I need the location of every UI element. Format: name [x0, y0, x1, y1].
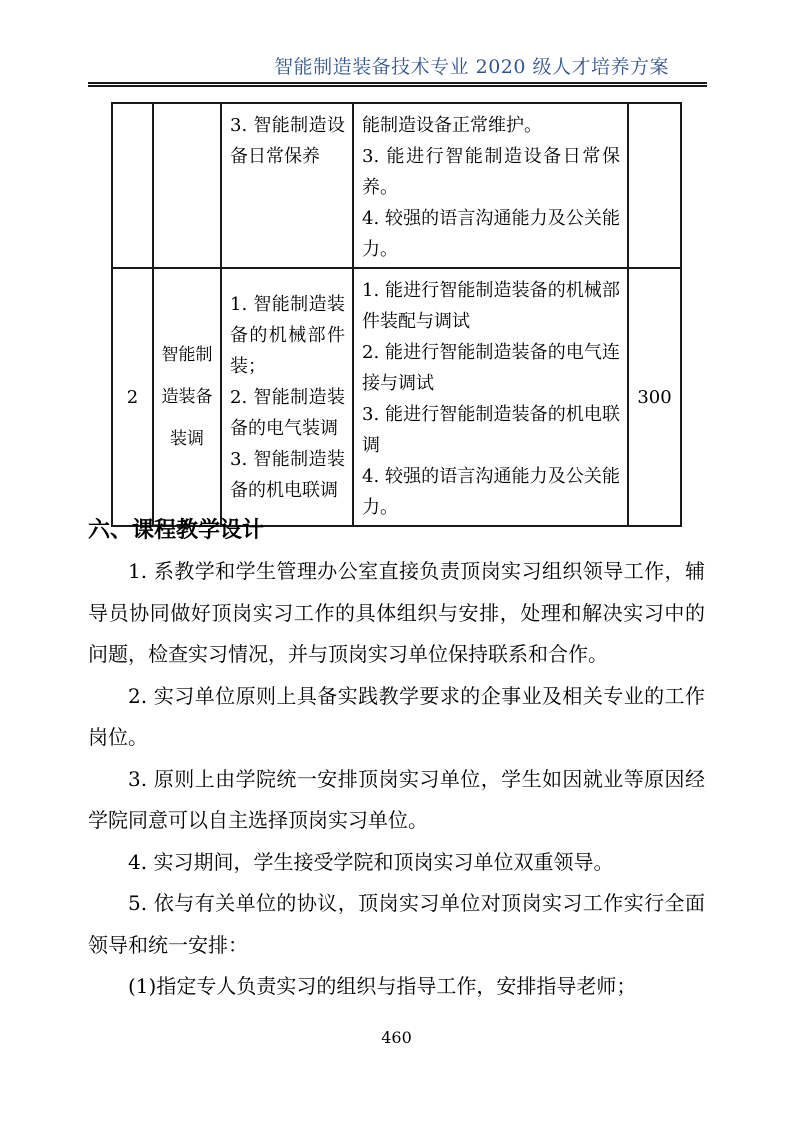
requirement-item: 1. 能进行智能制造装备的机械部件装配与调试 [362, 275, 620, 337]
section-body: 1. 系教学和学生管理办公室直接负责顶岗实习组织领导工作，辅导员协同做好顶岗实习… [88, 551, 705, 1008]
hours-cell: 300 [628, 268, 681, 526]
task-item: 3. 智能制造设备日常保养 [230, 110, 345, 172]
page-footer: 460 [0, 1028, 793, 1047]
course-name-cell [153, 103, 221, 268]
table-row: 3. 智能制造设备日常保养 能制造设备正常维护。 3. 能进行智能制造设备日常保… [112, 103, 681, 268]
table-row: 2 智能制造装备装调 1. 智能制造装备的机械部件装； 2. 智能制造装备的电气… [112, 268, 681, 526]
requirement-item: 能制造设备正常维护。 [362, 110, 620, 141]
task-item: 1. 智能制造装备的机械部件装； [230, 289, 345, 382]
section-heading: 六、课程教学设计 [88, 516, 264, 546]
task-item: 2. 智能制造装备的电气装调 [230, 382, 345, 444]
paragraph: 5. 依与有关单位的协议，顶岗实习单位对顶岗实习工作实行全面领导和统一安排： [88, 883, 705, 966]
course-name-cell: 智能制造装备装调 [153, 268, 221, 526]
hours-cell [628, 103, 681, 268]
course-table-wrapper: 3. 智能制造设备日常保养 能制造设备正常维护。 3. 能进行智能制造设备日常保… [111, 102, 682, 527]
tasks-cell: 1. 智能制造装备的机械部件装； 2. 智能制造装备的电气装调 3. 智能制造装… [221, 268, 353, 526]
paragraph: (1)指定专人负责实习的组织与指导工作，安排指导老师； [88, 966, 705, 1008]
running-head: 智能制造装备技术专业 2020 级人才培养方案 [88, 55, 707, 87]
course-table: 3. 智能制造设备日常保养 能制造设备正常维护。 3. 能进行智能制造设备日常保… [111, 102, 682, 527]
requirement-item: 4. 较强的语言沟通能力及公关能力。 [362, 461, 620, 523]
page-number: 460 [381, 1028, 412, 1047]
requirements-cell: 能制造设备正常维护。 3. 能进行智能制造设备日常保养。 4. 较强的语言沟通能… [353, 103, 628, 268]
requirement-item: 2. 能进行智能制造装备的电气连接与调试 [362, 337, 620, 399]
requirements-cell: 1. 能进行智能制造装备的机械部件装配与调试 2. 能进行智能制造装备的电气连接… [353, 268, 628, 526]
paragraph: 4. 实习期间，学生接受学院和顶岗实习单位双重领导。 [88, 842, 705, 884]
task-item: 3. 智能制造装备的机电联调 [230, 444, 345, 506]
serial-cell: 2 [112, 268, 153, 526]
paragraph: 2. 实习单位原则上具备实践教学要求的企事业及相关专业的工作岗位。 [88, 676, 705, 759]
requirement-item: 3. 能进行智能制造设备日常保养。 [362, 141, 620, 203]
tasks-cell: 3. 智能制造设备日常保养 [221, 103, 353, 268]
paragraph: 1. 系教学和学生管理办公室直接负责顶岗实习组织领导工作，辅导员协同做好顶岗实习… [88, 551, 705, 676]
serial-cell [112, 103, 153, 268]
document-page: 智能制造装备技术专业 2020 级人才培养方案 3. 智能制造设备日常保养 能制… [0, 0, 793, 1122]
requirement-item: 4. 较强的语言沟通能力及公关能力。 [362, 203, 620, 265]
requirement-item: 3. 能进行智能制造装备的机电联调 [362, 399, 620, 461]
running-head-title: 智能制造装备技术专业 2020 级人才培养方案 [88, 55, 707, 79]
paragraph: 3. 原则上由学院统一安排顶岗实习单位，学生如因就业等原因经学院同意可以自主选择… [88, 759, 705, 842]
